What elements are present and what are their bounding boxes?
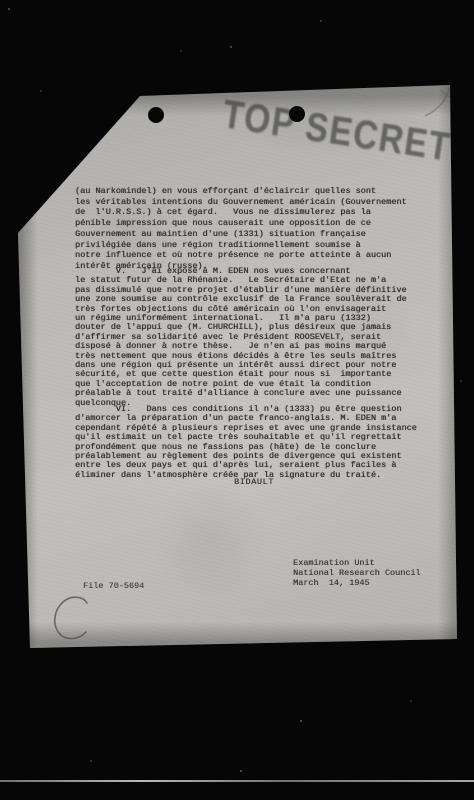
scan-background: TOP SECRET (au Narkomindel) en vous effo…: [0, 0, 474, 800]
scan-artifact-line: [0, 780, 474, 782]
signature-bidault: BIDAULT: [234, 477, 274, 487]
stamp-smudge-mark: [418, 84, 460, 130]
punch-hole-left: [148, 107, 164, 123]
document-page: TOP SECRET (au Narkomindel) en vous effo…: [0, 0, 474, 800]
examination-unit-block: Examination Unit National Research Counc…: [293, 558, 421, 588]
file-reference: File 70-5694: [83, 581, 144, 591]
paragraph-section-vi: VI. Dans ces conditions il n'a (1333) pu…: [75, 405, 417, 480]
punch-hole-right: [289, 106, 305, 122]
paragraph-section-v: V. J'ai exposé à M. EDEN nos vues concer…: [75, 267, 407, 408]
paragraph-intro-continuation: (au Narkomindel) en vous efforçant d'écl…: [75, 186, 407, 272]
scan-dust-specks: [8, 8, 10, 10]
handwritten-c-mark: [50, 593, 96, 645]
